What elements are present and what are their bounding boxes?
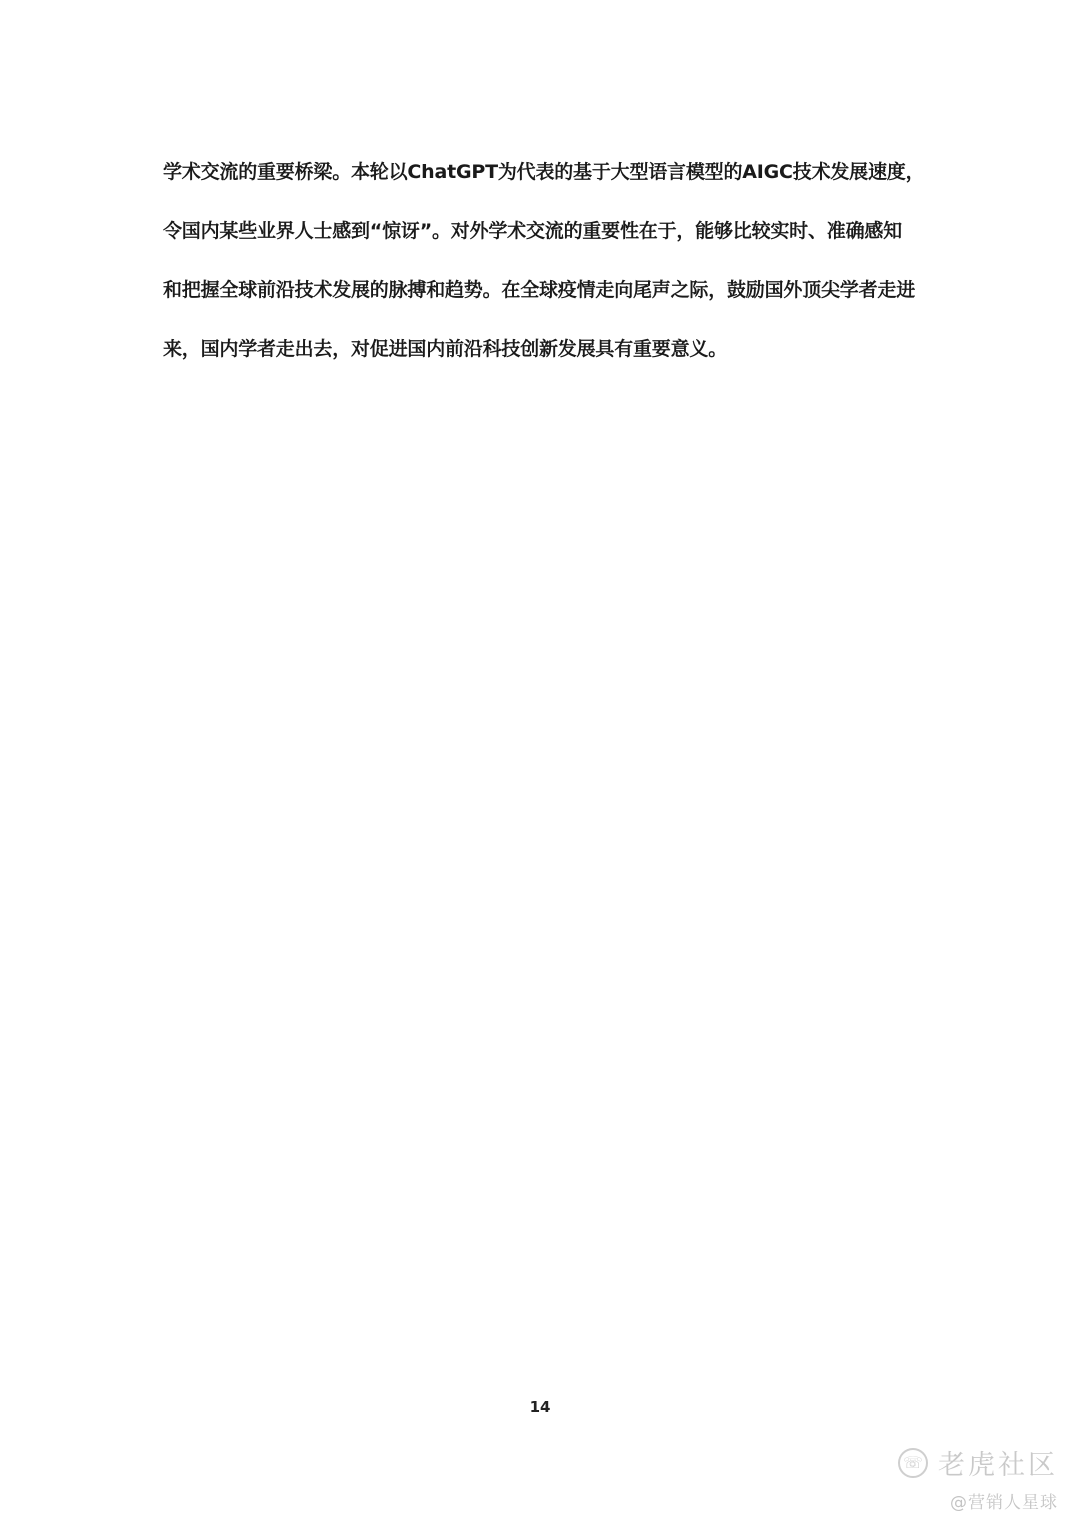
watermark: ☏ 老虎社区 @营销人星球 [898,1443,1058,1513]
page-number: 14 [0,1398,1080,1416]
watermark-account: @营销人星球 [898,1488,1058,1513]
watermark-brand: 老虎社区 [938,1443,1058,1482]
document-body: 学术交流的重要桥梁。本轮以ChatGPT为代表的基于大型语言模型的AIGC技术发… [163,143,923,379]
tiger-community-logo-icon: ☏ [898,1448,928,1478]
watermark-brand-row: ☏ 老虎社区 [898,1443,1058,1482]
paragraph-line: 来，国内学者走出去，对促进国内前沿科技创新发展具有重要意义。 [163,320,923,379]
paragraph-line: 学术交流的重要桥梁。本轮以ChatGPT为代表的基于大型语言模型的AIGC技术发… [163,143,923,202]
paragraph-line: 和把握全球前沿技术发展的脉搏和趋势。在全球疫情走向尾声之际，鼓励国外顶尖学者走进 [163,261,923,320]
paragraph-line: 令国内某些业界人士感到“惊讶”。对外学术交流的重要性在于，能够比较实时、准确感知 [163,202,923,261]
